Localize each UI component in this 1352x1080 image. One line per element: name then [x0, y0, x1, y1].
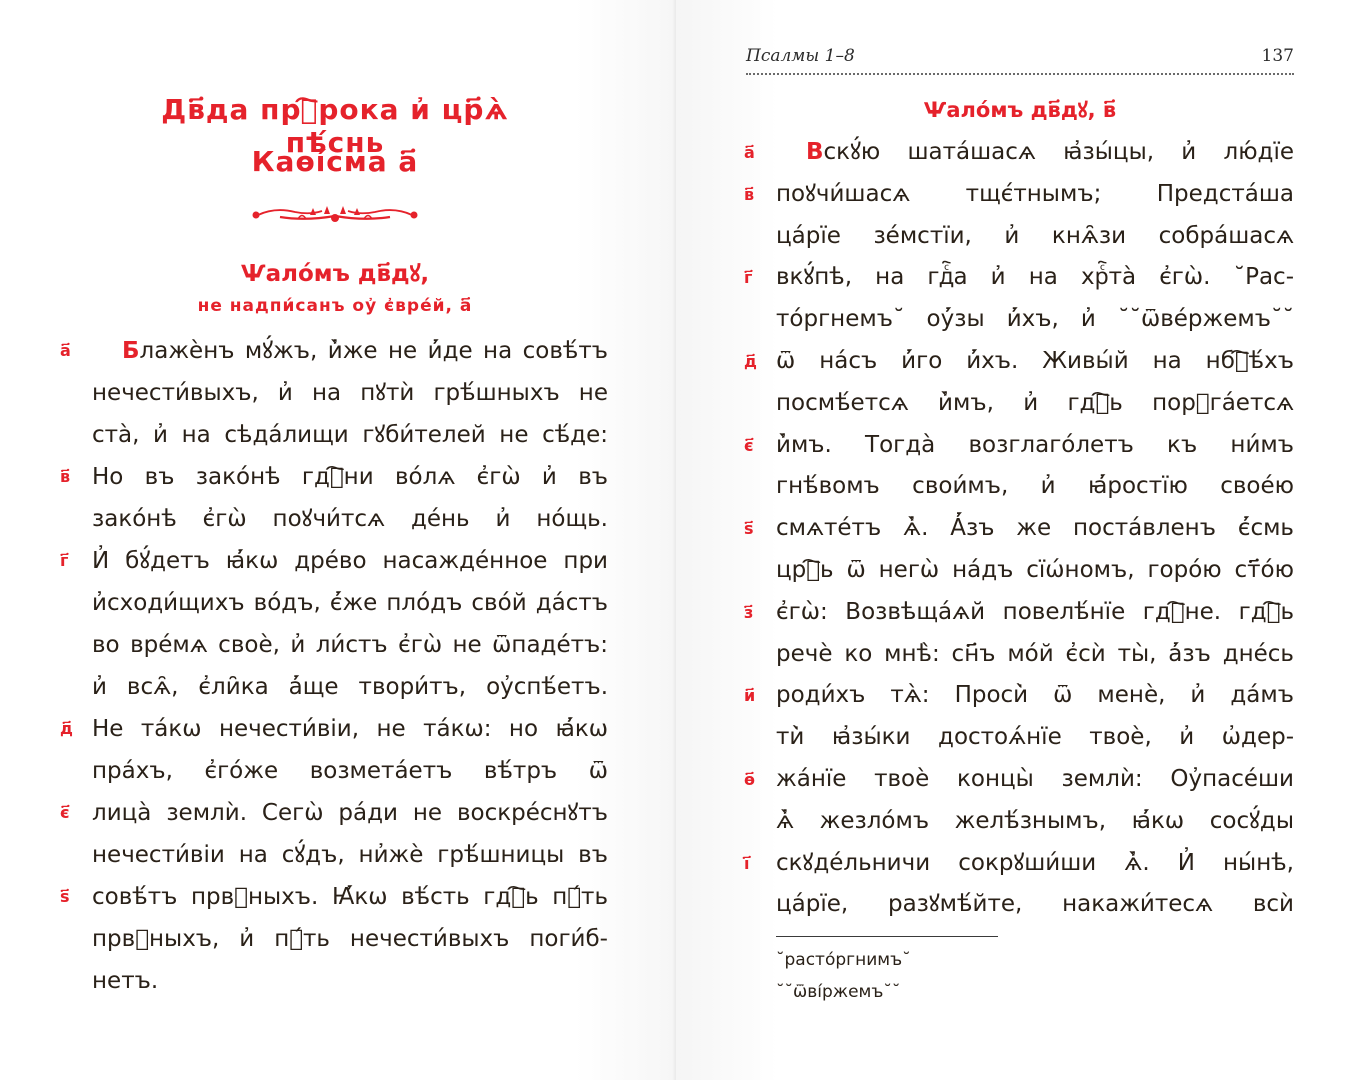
text-line: і҃скꙋде́льничи сокрꙋши́ши ѧ҆̀. И҆ ны́нѣ, [776, 843, 1294, 885]
text-line: и҆ всѧ̑, є҆ли̑ка а҆́ще твори́тъ, оу҆спѣ́… [92, 666, 608, 708]
page-number: 137 [1262, 46, 1294, 66]
text-line: гнѣ́вомъ свои́мъ, и҆ ꙗ҆́ростїю свое́ю [776, 466, 1294, 508]
verse-number: ѕ҃ [744, 508, 754, 550]
text-line: в҃поꙋчи́шасѧ тщє́тнымъ; Предста́ша [776, 174, 1294, 216]
running-header: Псалмы 1–8 137 [746, 46, 1294, 76]
verse-number: в҃ [744, 174, 754, 216]
text-line: ца́рїе зе́мстїи, и҆ кнѧ̑зи собра́шасѧ [776, 216, 1294, 258]
text-line: ѧ҆̀ жезло́мъ желѣ́знымъ, ꙗ҆́кѡ сосꙋ́ды [776, 801, 1294, 843]
text-line: ста̀, и҆ на сѣда́лищи гꙋби́телей не сѣ́д… [92, 414, 608, 456]
text-line: ти̇̀ ꙗ҆зы́ки достоѧ́нїе твоѐ, и҆ ѡ҆дер- [776, 717, 1294, 759]
text-line: нетъ. [92, 960, 608, 1002]
text-line: в҃Но въ зако́нѣ гдⷭ҇ни во́лѧ є҆гѡ̀ и҆ въ [92, 456, 608, 498]
verse-number: ѕ҃ [60, 876, 70, 918]
verse-number: з҃ [744, 592, 753, 634]
floral-ornament-icon [250, 203, 420, 225]
verse-number: д҃ [744, 341, 757, 383]
text-line: ѕ҃совѣ́тъ првⷣныхъ. Ꙗ҆́кѡ вѣ́сть гдⷭ҇ь п… [92, 876, 608, 918]
text-line: з҃є҆гѡ̀: Возвѣща́ѧй повелѣ́нїе гдⷭ҇не. г… [776, 592, 1294, 634]
text-line: а҃Блажѐнъ мꙋ́жъ, и҆̀же не и҆́де на совѣ́… [92, 330, 608, 372]
header-dotted-rule [746, 73, 1294, 75]
psalm-1-title: Ѱало́мъ дв҃дꙋ, [110, 256, 560, 288]
text-line: г҃И҆ бꙋ́детъ ꙗ҆́кѡ дре́во насажде́нное п… [92, 540, 608, 582]
text-line: пра́хъ, є҆го́же возмета́етъ вѣ́тръ ѿ [92, 750, 608, 792]
text-line: ѕ҃смѧте́тъ ѧ҆̀. А҆́зъ же поста́вленъ є҆́… [776, 508, 1294, 550]
verse-number: є҃ [60, 792, 69, 834]
verse-number: ѳ҃ [744, 759, 755, 801]
text-line: а҃Вскꙋ́ю шата́шасѧ ꙗ҆зы́цы, и҆ лю́дїе [776, 132, 1294, 174]
text-line: д҃ѿ на́съ и҆́го и҆́хъ. Живы́й на нбⷭ҇ѣ́х… [776, 341, 1294, 383]
text-line: и҃роди́хъ тѧ̀: Проси̇̀ ѿ менѐ, и҆ да́мъ [776, 675, 1294, 717]
text-line: д҃Не та́кѡ нечести́віи, не та́кѡ: но ꙗ҆́… [92, 708, 608, 750]
text-line: црⷭ҇ь ѿ негѡ̀ на́дъ сїѡ́номъ, горо́ю ст҃… [776, 550, 1294, 592]
book-spread: Дв҃да прⷪ҇рока и҆ цр҃ѧ̀ пѣ́снь Каѳі́сма … [0, 0, 1352, 1080]
text-line: ца́рїе, разꙋмѣ́йте, накажи́тесѧ всѝ [776, 884, 1294, 926]
drop-initial: Б [122, 338, 140, 364]
verse-number: д҃ [60, 708, 73, 750]
text-line: є҃и҆̀мъ. Тогда̀ возглаго́летъ къ ни́мъ [776, 425, 1294, 467]
verse-number: є҃ [744, 425, 753, 467]
psalm-2-text: а҃Вскꙋ́ю шата́шасѧ ꙗ҆зы́цы, и҆ лю́дїе в҃… [776, 132, 1294, 926]
text-line: првⷣныхъ, и҆ пꙋ́ть нечести́выхъ поги́б- [92, 918, 608, 960]
text-line: то́ргнемъ˘ оу҆́зы и҆́хъ, и҆ ˘˘ѿве́ржемъ˘… [776, 299, 1294, 341]
verse-number: г҃ [60, 540, 68, 582]
text-line: ѳ҃жа́нїе твоѐ концы̀ землѝ: Оу҆пасе́ши [776, 759, 1294, 801]
text-line: нечести́выхъ, и҆ на пꙋтѝ грѣ́шныхъ не [92, 372, 608, 414]
left-page: Дв҃да прⷪ҇рока и҆ цр҃ѧ̀ пѣ́снь Каѳі́сма … [0, 0, 676, 1080]
psalm-2-title: Ѱало́мъ дв҃дꙋ, в҃ [746, 96, 1294, 124]
footnote-1: ˘расто́ргнимъ˘ [776, 944, 1076, 976]
psalm-1-subtitle: не надпи́санъ оу҆ є҆вре́й, а҃ [110, 296, 560, 316]
verse-number: а҃ [60, 330, 71, 372]
footnotes: ˘расто́ргнимъ˘ ˘˘ѿві́ржемъ˘˘ [776, 944, 1076, 1008]
text-line: є҃лица̀ землѝ. Сегѡ̀ ра́ди не воскре́снꙋ… [92, 792, 608, 834]
verse-number: в҃ [60, 456, 70, 498]
text-line: г҃вкꙋ́пѣ, на гдⷭ҇а и҆ на хрⷭ҇та̀ є҆гѡ̀. … [776, 257, 1294, 299]
verse-number: і҃ [744, 843, 749, 885]
footnote-rule [776, 936, 998, 937]
running-title: Псалмы 1–8 [746, 46, 855, 66]
footnote-2: ˘˘ѿві́ржемъ˘˘ [776, 976, 1076, 1008]
text-line: и҆сходи́щихъ во́дъ, є҆́же пло́дъ сво́й д… [92, 582, 608, 624]
verse-number: а҃ [744, 132, 755, 174]
drop-initial: В [806, 139, 824, 165]
text-line: зако́нѣ є҆гѡ̀ поꙋчи́тсѧ де́нь и҆ но́щь. [92, 498, 608, 540]
kathisma-heading: Каѳі́сма а҃ [110, 145, 560, 178]
verse-number: г҃ [744, 257, 752, 299]
text-line: во вре́мѧ своѐ, и҆ ли́стъ є҆гѡ̀ не ѿпаде… [92, 624, 608, 666]
text-line: нечести́віи на сꙋ́дъ, ни҆жѐ грѣ́шницы въ [92, 834, 608, 876]
text-line: посмѣ́етсѧ и҆̀мъ, и҆ гдⷭ҇ь порꙋга́етсѧ [776, 383, 1294, 425]
psalm-1-text: а҃Блажѐнъ мꙋ́жъ, и҆̀же не и҆́де на совѣ́… [92, 330, 608, 1002]
verse-number: и҃ [744, 675, 755, 717]
text-line: речѐ ко мнѣ̀: сн҃ъ мо́й є҆сѝ ты̀, а҆́зъ … [776, 634, 1294, 676]
